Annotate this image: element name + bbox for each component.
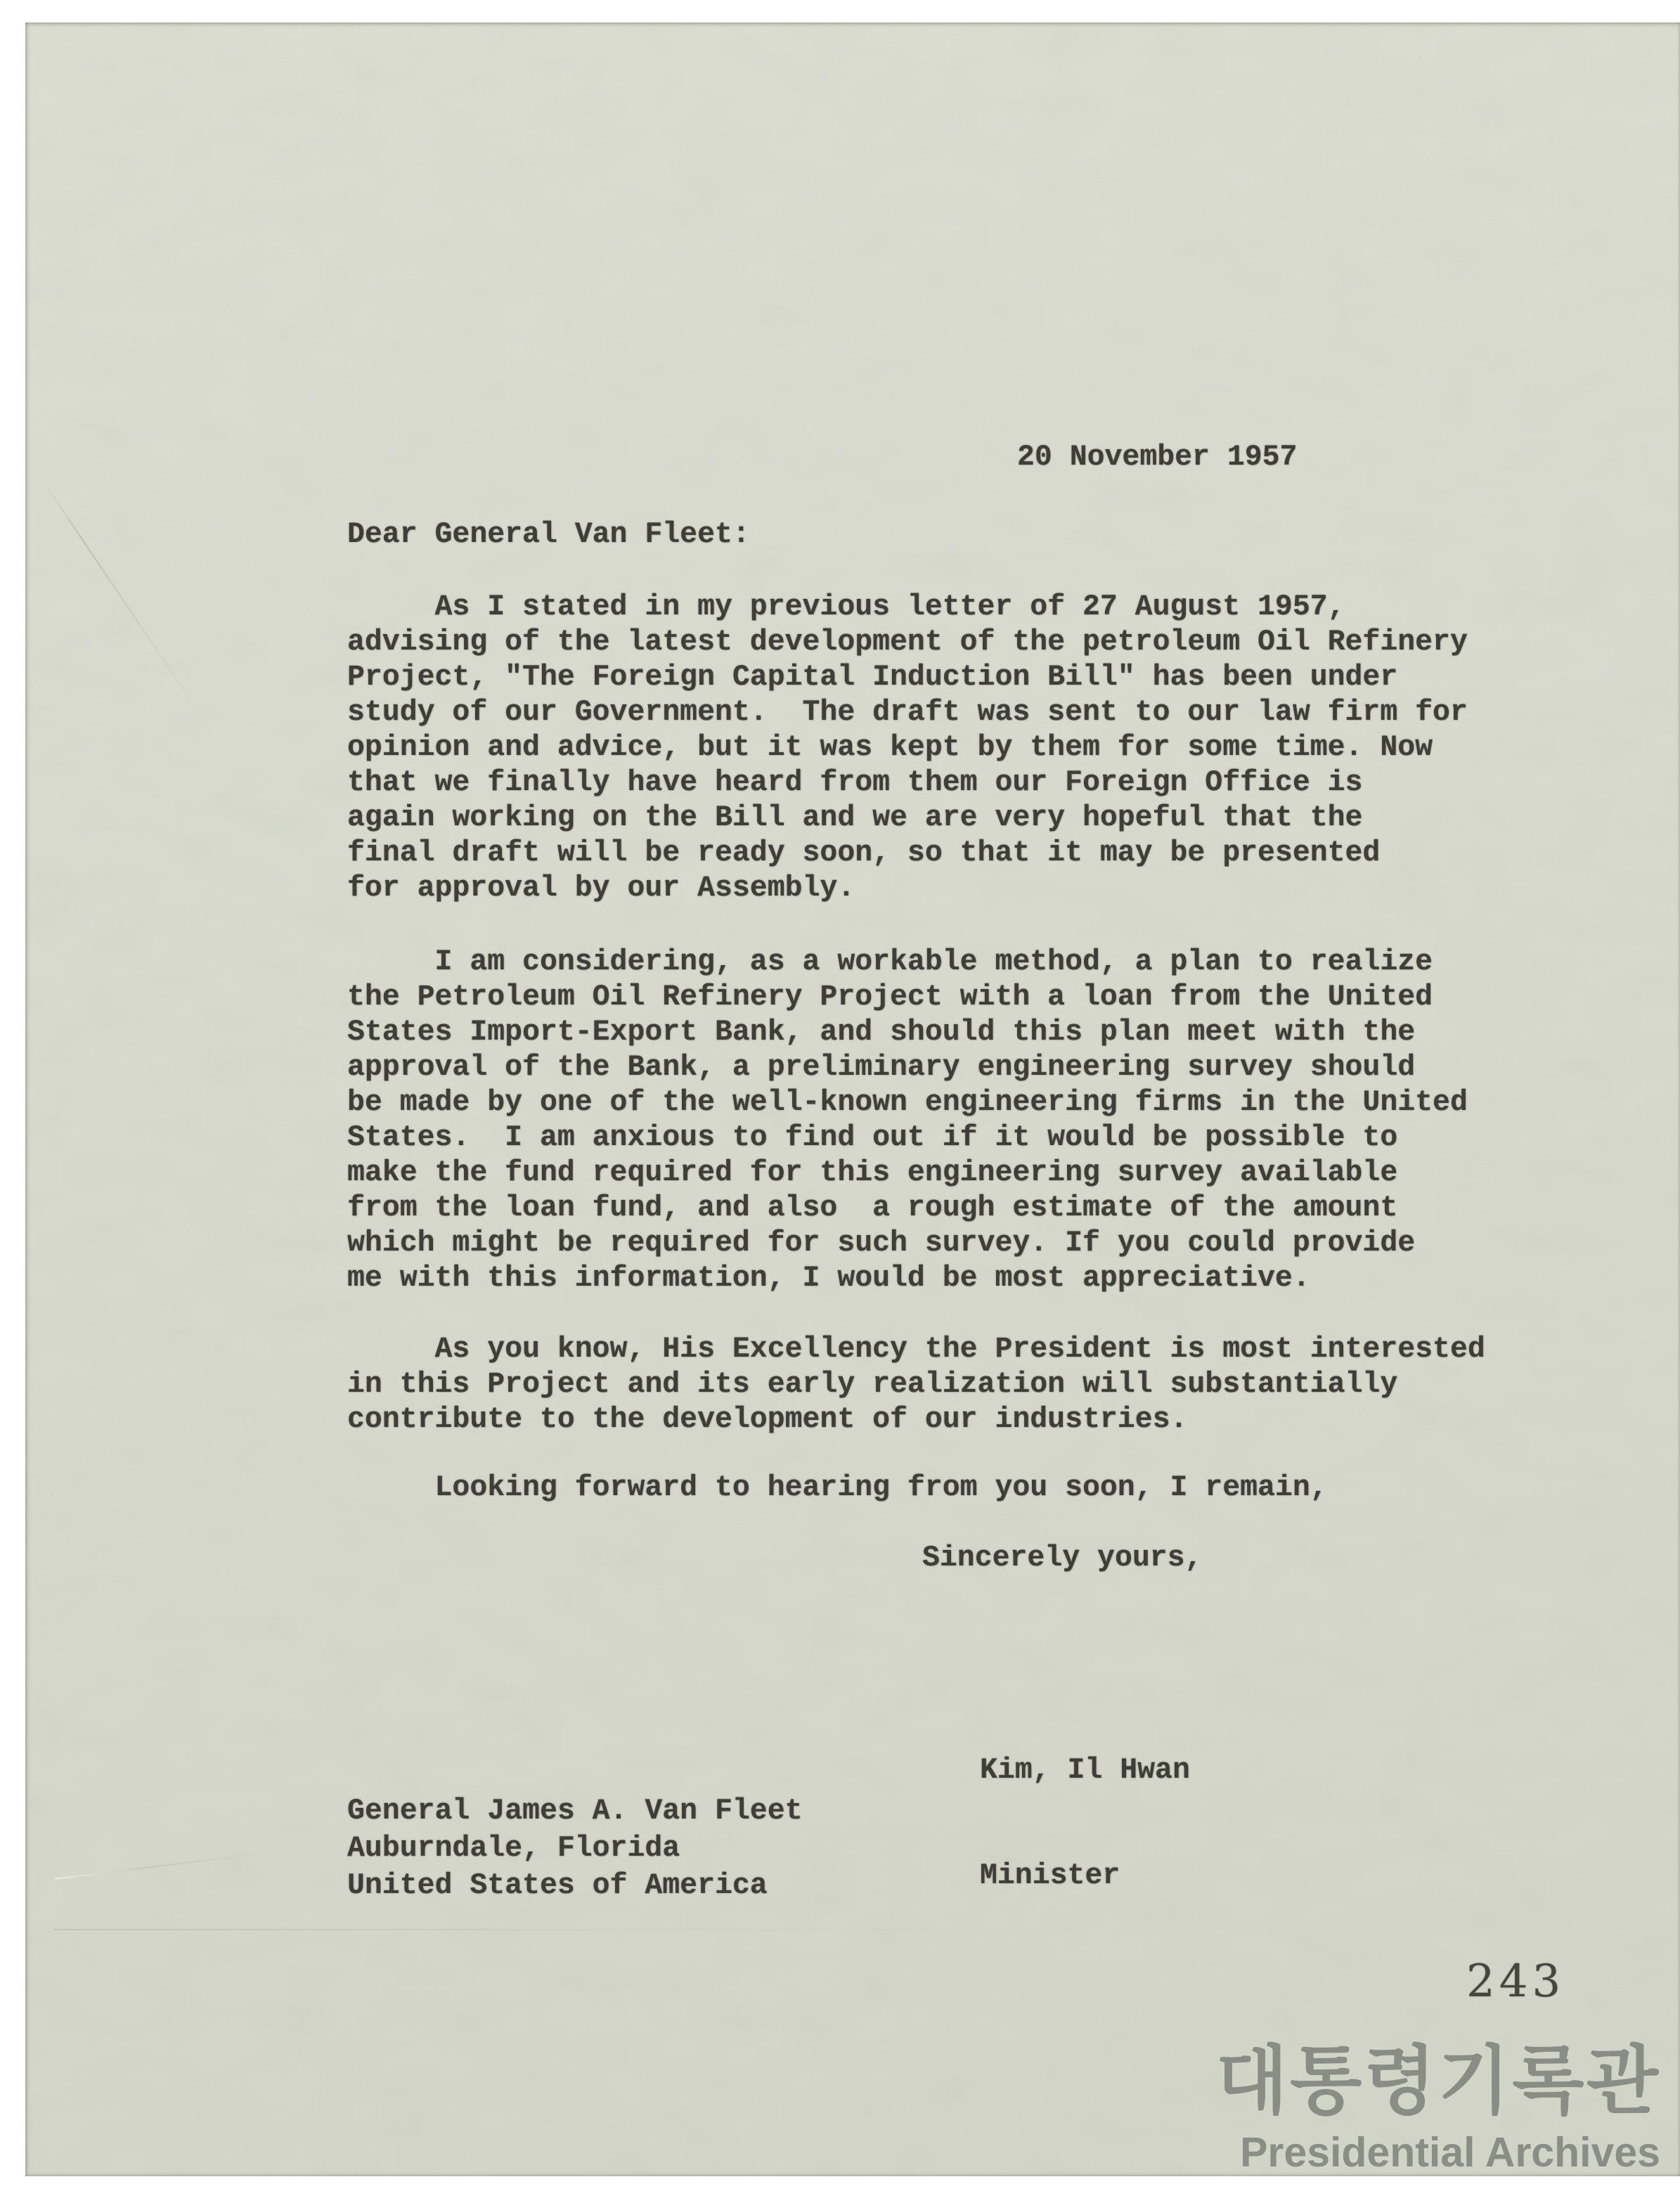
letter-date: 20 November 1957 <box>1017 440 1297 475</box>
scanned-letter-page: 20 November 1957 Dear General Van Fleet:… <box>0 0 1680 2210</box>
letter-closing-line: Looking forward to hearing from you soon… <box>347 1471 1328 1506</box>
letter-salutation: Dear General Van Fleet: <box>347 517 750 552</box>
watermark-korean-text: 대통령기록관 <box>1216 2043 1660 2121</box>
letter-closing: Sincerely yours, <box>922 1541 1202 1576</box>
page-number-stamp: 243 <box>1466 1956 1565 2008</box>
signature-block: Kim, Il Hwan Minister <box>980 1683 1190 1964</box>
letter-paragraph-3: As you know, His Excellency the Presiden… <box>347 1332 1485 1437</box>
letter-paragraph-1: As I stated in my previous letter of 27 … <box>347 590 1468 906</box>
signature-name: Kim, Il Hwan <box>980 1753 1190 1788</box>
signature-title: Minister <box>980 1859 1190 1894</box>
letter-paragraph-2: I am considering, as a workable method, … <box>347 945 1468 1296</box>
watermark-english-text: Presidential Archives <box>1216 2132 1660 2173</box>
archives-watermark: 대통령기록관 Presidential Archives <box>1216 2043 1660 2173</box>
recipient-address-block: General James A. Van Fleet Auburndale, F… <box>347 1792 803 1904</box>
